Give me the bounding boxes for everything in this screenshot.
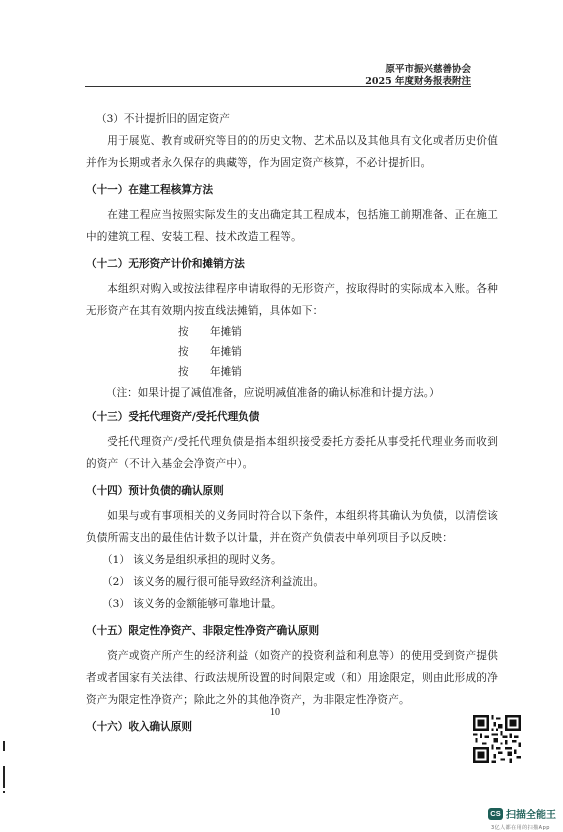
scanner-watermark: CS 扫描全能王 [488, 806, 556, 821]
paragraph: 本组织对购入或按法律程序申请取得的无形资产，按取得时的实际成本入账。各种无形资产… [86, 278, 498, 322]
scan-artifact-mark [3, 791, 5, 793]
paragraph: 在建工程应当按照实际发生的支出确定其工程成本，包括施工前期准备、正在施工中的建筑… [86, 204, 498, 248]
scan-artifact-mark [3, 741, 5, 751]
scan-artifact-mark [3, 766, 5, 788]
amortization-suffix: 年摊销 [210, 366, 242, 378]
paragraph: 用于展览、教育或研究等目的的历史文物、艺术品以及其他具有文化或者历史价值并作为长… [86, 130, 498, 174]
amortization-suffix: 年摊销 [210, 346, 242, 358]
amortization-prefix: 按 [178, 362, 210, 382]
page-header: 原平市振兴慈善协会 2025 年度财务报表附注 [365, 64, 471, 88]
amortization-row: 按年摊销 [86, 342, 498, 362]
paragraph: 受托代理资产/受托代理负债是指本组织接受委托方委托从事受托代理业务而收到的资产（… [86, 431, 498, 475]
amortization-row: 按年摊销 [86, 362, 498, 382]
section-title-16: （十六）收入确认原则 [86, 720, 498, 735]
section-title-11: （十一）在建工程核算方法 [86, 183, 498, 198]
watermark-brand: 扫描全能王 [506, 806, 556, 821]
paragraph: 资产或资产所产生的经济利益（如资产的投资利益和利息等）的使用受到资产提供者或者国… [86, 645, 498, 711]
paragraph: 如果与或有事项相关的义务同时符合以下条件，本组织将其确认为负债，以清偿该负债所需… [86, 505, 498, 549]
document-body: （3）不计提折旧的固定资产 用于展览、教育或研究等目的的历史文物、艺术品以及其他… [86, 108, 498, 735]
note: （注：如果计提了减值准备，应说明减值准备的确认标准和计提方法。） [86, 382, 498, 404]
qr-code-icon [473, 715, 521, 763]
header-rule [85, 86, 471, 87]
section-title-12: （十二）无形资产计价和摊销方法 [86, 257, 498, 272]
section-title-14: （十四）预计负债的确认原则 [86, 484, 498, 499]
amortization-prefix: 按 [178, 342, 210, 362]
subsection-title: （3）不计提折旧的固定资产 [86, 108, 498, 130]
list-item: （2） 该义务的履行很可能导致经济利益流出。 [86, 571, 498, 593]
section-title-13: （十三）受托代理资产/受托代理负债 [86, 410, 498, 425]
page-number: 10 [270, 707, 280, 718]
list-item: （3） 该义务的金额能够可靠地计量。 [86, 593, 498, 615]
section-title-15: （十五）限定性净资产、非限定性净资产确认原则 [86, 624, 498, 639]
watermark-tagline: 3亿人都在用的扫描App [491, 824, 550, 831]
amortization-suffix: 年摊销 [210, 326, 242, 338]
amortization-prefix: 按 [178, 322, 210, 342]
header-org-name: 原平市振兴慈善协会 [365, 64, 471, 76]
amortization-row: 按年摊销 [86, 322, 498, 342]
list-item: （1） 该义务是组织承担的现时义务。 [86, 549, 498, 571]
camscanner-logo-icon: CS [488, 808, 503, 820]
